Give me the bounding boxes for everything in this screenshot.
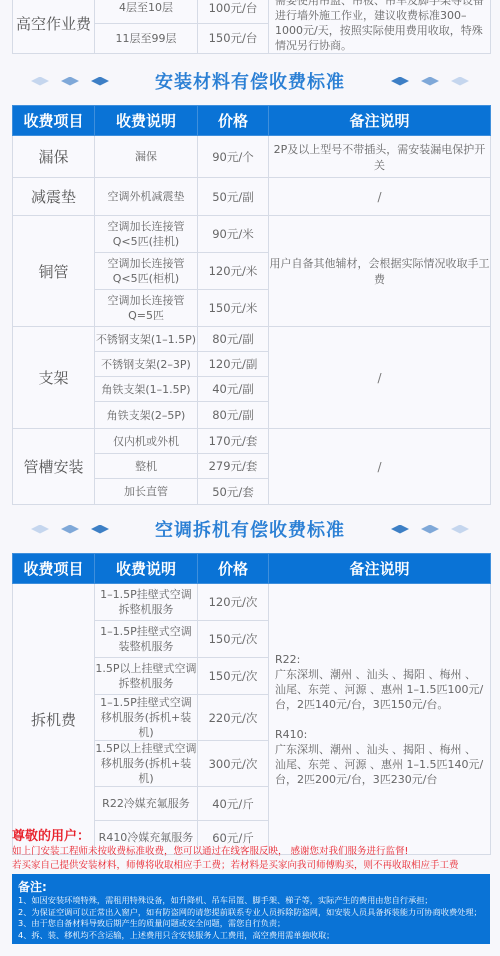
r22-label: R22: — [275, 652, 484, 667]
fee-price: 120元/米 — [198, 253, 269, 290]
user-notice: 尊敬的用户： 如上门安装工程师未按收费标准收费，您可以通过在线客服反映， 感谢您… — [12, 828, 490, 873]
fee-desc: 1.5P以上挂壁式空调 移机服务(拆机+装机) — [95, 741, 198, 787]
fee-desc: 空调外机减震垫 — [95, 178, 198, 216]
fee-desc: 1–1.5P挂壁式空调 移机服务(拆机+装机) — [95, 695, 198, 741]
fee-desc: 空调加长连接管 Q<5匹(柜机) — [95, 253, 198, 290]
header-desc: 收费说明 — [95, 106, 198, 136]
r410-text: 广东深圳、潮州 、汕头 、揭阳 、梅州 、汕尾、东莞 、河源 、惠州 1–1.5… — [275, 742, 484, 787]
fee-desc: 角铁支架(1–1.5P) — [95, 377, 198, 402]
fee-price: 120元/次 — [198, 584, 269, 621]
table-row: 漏保 漏保 90元/个 2P及以上型号不带插头，需安装漏电保护开关 — [13, 136, 491, 178]
table-row: 减震垫 空调外机减震垫 50元/副 / — [13, 178, 491, 216]
fee-desc: 整机 — [95, 454, 198, 479]
remarks-heading: 备注: — [18, 879, 484, 895]
fee-desc: 加长直管 — [95, 479, 198, 505]
header-item: 收费项目 — [13, 106, 95, 136]
fee-price: 40元/副 — [198, 377, 269, 402]
header-desc: 收费说明 — [95, 554, 198, 584]
fee-price: 120元/副 — [198, 352, 269, 377]
fee-item: 支架 — [13, 327, 95, 429]
remarks-line: 3、由于您自备材料导致后期产生的质量问题或安全问题，需您自行负责； — [18, 918, 484, 930]
fee-item: 高空作业费 — [13, 0, 95, 54]
diamond-icon — [31, 525, 49, 534]
fee-note: / — [269, 429, 491, 505]
diamond-icon — [31, 77, 49, 86]
fee-item: 减震垫 — [13, 178, 95, 216]
table-row: 铜管 空调加长连接管 Q<5匹(挂机) 90元/米 用户自备其他辅材，会根据实际… — [13, 216, 491, 253]
section-title-text: 安装材料有偿收费标准 — [155, 68, 345, 94]
fee-price: 80元/副 — [198, 327, 269, 352]
fee-item: 漏保 — [13, 136, 95, 178]
fee-note: 2P及以上型号不带插头，需安装漏电保护开关 — [269, 136, 491, 178]
section-title-text: 空调拆机有偿收费标准 — [155, 516, 345, 542]
diamond-icon — [421, 77, 439, 86]
notice-line: 如上门安装工程师未按收费标准收费，您可以通过在线客服反映， 感谢您对我们服务进行… — [12, 845, 490, 859]
fee-price: 90元/个 — [198, 136, 269, 178]
header-item: 收费项目 — [13, 554, 95, 584]
fee-item: 管槽安装 — [13, 429, 95, 505]
table-row: 管槽安装 仅内机或外机 170元/套 / — [13, 429, 491, 454]
diamond-icon — [91, 77, 109, 86]
remarks-line: 1、如因安装环境特殊，需租用特殊设备，如升降机、吊车吊篮、脚手架、梯子等，实际产… — [18, 895, 484, 907]
remarks-line: 2、为保证空调可以正常出入窗户，如有防盗网的请您提前联系专业人员拆除防盗网，如安… — [18, 907, 484, 919]
remarks-box: 备注: 1、如因安装环境特殊，需租用特殊设备，如升降机、吊车吊篮、脚手架、梯子等… — [12, 874, 490, 944]
fee-price: 90元/米 — [198, 216, 269, 253]
notice-heading: 尊敬的用户： — [12, 828, 490, 845]
fee-price: 300元/次 — [198, 741, 269, 787]
fee-price: 279元/套 — [198, 454, 269, 479]
removal-section-title: 空调拆机有偿收费标准 — [0, 514, 500, 544]
header-note: 备注说明 — [269, 106, 491, 136]
r22-text: 广东深圳、潮州 、汕头 、揭阳 、梅州 、汕尾、东莞 、河源 、惠州 1–1.5… — [275, 667, 484, 712]
fee-desc: 空调加长连接管 Q=5匹 — [95, 290, 198, 327]
fee-price: 80元/副 — [198, 402, 269, 429]
fee-price: 150元/米 — [198, 290, 269, 327]
fee-price: 50元/套 — [198, 479, 269, 505]
diamond-icon — [91, 525, 109, 534]
header-price: 价格 — [198, 554, 269, 584]
fee-desc: 1–1.5P挂壁式空调 装整机服务 — [95, 621, 198, 658]
header-note: 备注说明 — [269, 554, 491, 584]
high-altitude-fee-table: 高空作业费 4层至10层 100元/台 需要使用吊篮、吊板、吊车及脚手架等设备进… — [12, 0, 491, 54]
fee-desc: 1.5P以上挂壁式空调 拆整机服务 — [95, 658, 198, 695]
fee-desc: R22冷媒充氟服务 — [95, 787, 198, 821]
remarks-line: 4、拆、装、移机均不含运输，上述费用只含安装服务人工费用，高空费用需单独收取； — [18, 930, 484, 942]
diamond-icon — [61, 525, 79, 534]
materials-fee-table: 收费项目 收费说明 价格 备注说明 漏保 漏保 90元/个 2P及以上型号不带插… — [12, 105, 491, 505]
diamond-icon — [61, 77, 79, 86]
table-row: 拆机费 1–1.5P挂壁式空调 拆整机服务 120元/次 R22: 广东深圳、潮… — [13, 584, 491, 621]
fee-price: 40元/斤 — [198, 787, 269, 821]
fee-note: R22: 广东深圳、潮州 、汕头 、揭阳 、梅州 、汕尾、东莞 、河源 、惠州 … — [269, 584, 491, 855]
removal-fee-table: 收费项目 收费说明 价格 备注说明 拆机费 1–1.5P挂壁式空调 拆整机服务 … — [12, 553, 491, 855]
fee-price: 150元/台 — [198, 23, 269, 54]
fee-price: 50元/副 — [198, 178, 269, 216]
notice-line: 若买家自己提供安装材料，师傅将收取相应手工费；若材料是买家向我司师傅购买，则不再… — [12, 859, 490, 873]
fee-desc: 仅内机或外机 — [95, 429, 198, 454]
fee-desc: 4层至10层 — [95, 0, 198, 23]
fee-desc: 不锈钢支架(1–1.5P) — [95, 327, 198, 352]
diamond-icon — [391, 525, 409, 534]
diamond-icon — [451, 77, 469, 86]
fee-price: 100元/台 — [198, 0, 269, 23]
fee-desc: 1–1.5P挂壁式空调 拆整机服务 — [95, 584, 198, 621]
fee-desc: 不锈钢支架(2–3P) — [95, 352, 198, 377]
fee-note: / — [269, 178, 491, 216]
fee-note: 需要使用吊篮、吊板、吊车及脚手架等设备进行墙外施工作业，建议收费标准300–10… — [269, 0, 491, 54]
fee-item: 拆机费 — [13, 584, 95, 855]
fee-note: / — [269, 327, 491, 429]
fee-item: 铜管 — [13, 216, 95, 327]
header-price: 价格 — [198, 106, 269, 136]
fee-desc: 角铁支架(2–5P) — [95, 402, 198, 429]
materials-section-title: 安装材料有偿收费标准 — [0, 66, 500, 96]
fee-price: 170元/套 — [198, 429, 269, 454]
table-header-row: 收费项目 收费说明 价格 备注说明 — [13, 554, 491, 584]
table-row: 支架 不锈钢支架(1–1.5P) 80元/副 / — [13, 327, 491, 352]
diamond-icon — [451, 525, 469, 534]
fee-note: 用户自备其他辅材，会根据实际情况收取手工费 — [269, 216, 491, 327]
fee-desc: 11层至99层 — [95, 23, 198, 54]
fee-price: 220元/次 — [198, 695, 269, 741]
fee-desc: 漏保 — [95, 136, 198, 178]
diamond-icon — [421, 525, 439, 534]
diamond-icon — [391, 77, 409, 86]
table-header-row: 收费项目 收费说明 价格 备注说明 — [13, 106, 491, 136]
fee-desc: 空调加长连接管 Q<5匹(挂机) — [95, 216, 198, 253]
fee-price: 150元/次 — [198, 621, 269, 658]
r410-label: R410: — [275, 727, 484, 742]
fee-price: 150元/次 — [198, 658, 269, 695]
